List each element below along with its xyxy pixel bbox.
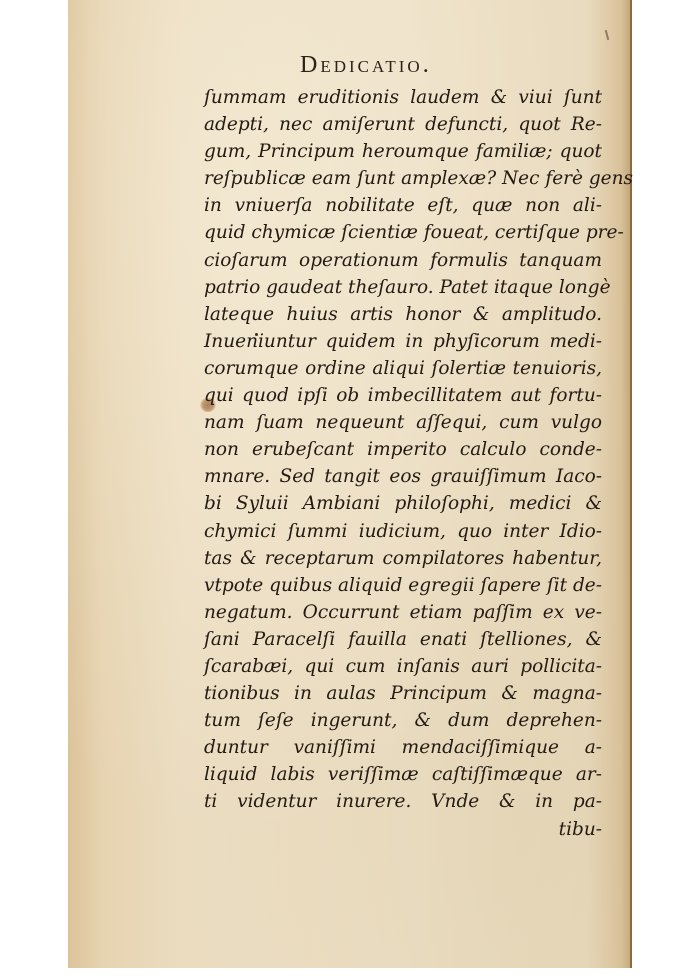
text-line: negatum. Occurrunt etiam paſſim ex ve- [204, 599, 602, 626]
text-line: lateque huius artis honor & amplitudo. [204, 301, 602, 328]
ink-mark [605, 30, 610, 40]
text-line: tum ſeſe ingerunt, & dum deprehen- [204, 707, 602, 734]
text-line: non erubeſcant imperito calculo conde- [204, 436, 602, 463]
body-text: ſummam eruditionis laudem & viui ſunt ad… [204, 84, 602, 843]
text-line: tionibus in aulas Principum & magna- [204, 680, 602, 707]
text-line: liquid labis veriſſimæ caſtiſſimæque ar- [204, 761, 602, 788]
catchword: tibu- [204, 816, 602, 843]
text-line: patrio gaudeat theſauro. Patet itaque lo… [204, 274, 602, 301]
text-line: duntur vaniſſimi mendaciſſimique a- [204, 734, 602, 761]
text-line: gum, Principum heroumque familiæ; quot [204, 138, 602, 165]
text-line: ſani Paracelſi fauilla enati ſtelliones,… [204, 626, 602, 653]
text-line: Inueniuntur quidem in phyſicorum medi- [204, 328, 602, 355]
text-line: tas & receptarum compilatores habentur, [204, 545, 602, 572]
text-line: ti videntur inurere. Vnde & in pa- [204, 788, 602, 815]
text-line: nam ſuam nequeunt aſſequi, cum vulgo [204, 409, 602, 436]
text-line: reſpublicæ eam ſunt amplexæ? Nec ferè ge… [204, 165, 602, 192]
text-line: in vniuerſa nobilitate eſt, quæ non ali- [204, 192, 602, 219]
text-line: vtpote quibus aliquid egregii ſapere ſit… [204, 572, 602, 599]
text-line: ſummam eruditionis laudem & viui ſunt [204, 84, 602, 111]
text-line: chymici ſummi iudicium, quo inter Idio- [204, 518, 602, 545]
text-line: corumque ordine aliqui ſolertiæ tenuiori… [204, 355, 602, 382]
text-line: adepti, nec amiſerunt defuncti, quot Re- [204, 111, 602, 138]
text-line: cioſarum operationum formulis tanquam [204, 247, 602, 274]
text-line: quid chymicæ ſcientiæ foueat, certiſque … [204, 219, 602, 246]
text-line: qui quod ipſi ob imbecillitatem aut fort… [204, 382, 602, 409]
text-line: bi Syluii Ambiani philoſophi, medici & [204, 490, 602, 517]
running-head: Dedicatio. [300, 52, 432, 79]
text-line: mnare. Sed tangit eos grauiſſimum Iaco- [204, 463, 602, 490]
text-line: ſcarabæi, qui cum inſanis auri pollicita… [204, 653, 602, 680]
